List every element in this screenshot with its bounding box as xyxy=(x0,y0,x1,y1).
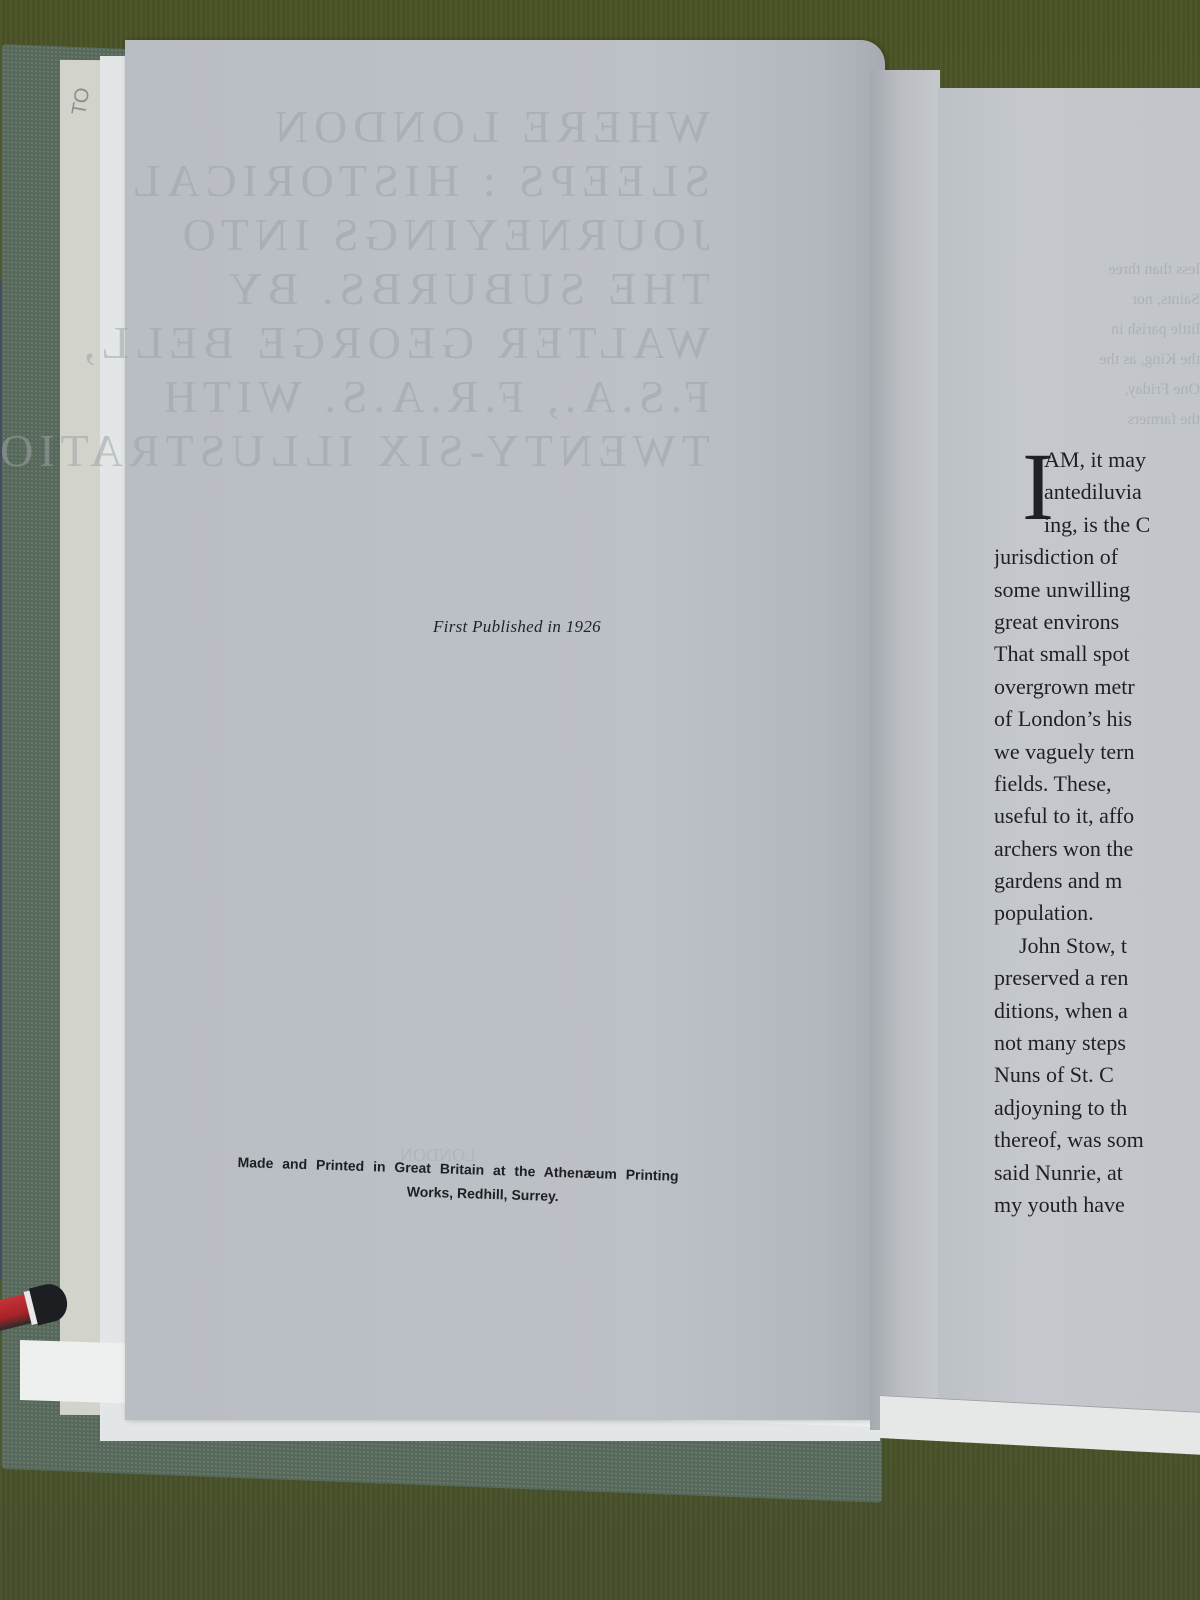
show-through-text: less than three Saints, nor little paris… xyxy=(1000,255,1200,435)
ghost-line: little parish in xyxy=(1000,315,1200,345)
text-line: population. xyxy=(994,897,1200,929)
gutter xyxy=(870,70,940,1430)
ghost-line: the farmers xyxy=(1000,405,1200,435)
text-line: That small spot xyxy=(994,638,1200,670)
show-through-line: WHERE LONDON xyxy=(150,100,710,154)
show-through-title: WHERE LONDON SLEEPS : HISTORICAL JOURNEY… xyxy=(150,100,710,478)
ghost-line: Saints, nor xyxy=(1000,285,1200,315)
text-line: ing, is the C xyxy=(994,509,1200,541)
show-through-line: SLEEPS : HISTORICAL xyxy=(150,154,710,208)
text-line: said Nunrie, at xyxy=(994,1157,1200,1189)
ghost-line: less than three xyxy=(1000,255,1200,285)
text-line: some unwilling xyxy=(994,574,1200,606)
first-published-note: First Published in 1926 xyxy=(433,617,601,637)
text-line: my youth have xyxy=(994,1189,1200,1221)
text-line: fields. These, xyxy=(994,768,1200,800)
text-line: overgrown metr xyxy=(994,671,1200,703)
text-line: jurisdiction of xyxy=(994,541,1200,573)
show-through-line: F.S.A., F.R.A.S. WITH xyxy=(150,370,710,424)
ghost-line: One Friday, xyxy=(1000,375,1200,405)
text-line: John Stow, t xyxy=(994,930,1200,962)
show-through-line: TWENTY-SIX ILLUSTRATIONS xyxy=(150,424,710,478)
chapter-body-text: AM, it may antediluvia ing, is the C jur… xyxy=(994,444,1200,1221)
text-line: Nuns of St. C xyxy=(994,1059,1200,1091)
text-line: great environs xyxy=(994,606,1200,638)
text-line: of London’s his xyxy=(994,703,1200,735)
text-line: archers won the xyxy=(994,833,1200,865)
text-line: AM, it may xyxy=(994,444,1200,476)
text-line: gardens and m xyxy=(994,865,1200,897)
show-through-line: JOURNEYINGS INTO xyxy=(150,208,710,262)
text-line: thereof, was som xyxy=(994,1124,1200,1156)
show-through-line: THE SUBURBS. BY xyxy=(150,262,710,316)
text-line: we vaguely tern xyxy=(994,736,1200,768)
text-line: adjoyning to th xyxy=(994,1092,1200,1124)
text-line: useful to it, affo xyxy=(994,800,1200,832)
show-through-line: WALTER GEORGE BELL, xyxy=(150,316,710,370)
text-line: not many steps xyxy=(994,1027,1200,1059)
pencil-note: TO xyxy=(68,86,95,117)
text-line: ditions, when a xyxy=(994,995,1200,1027)
text-line: preserved a ren xyxy=(994,962,1200,994)
text-line: antediluvia xyxy=(994,476,1200,508)
ghost-line: the King, as the xyxy=(1000,345,1200,375)
